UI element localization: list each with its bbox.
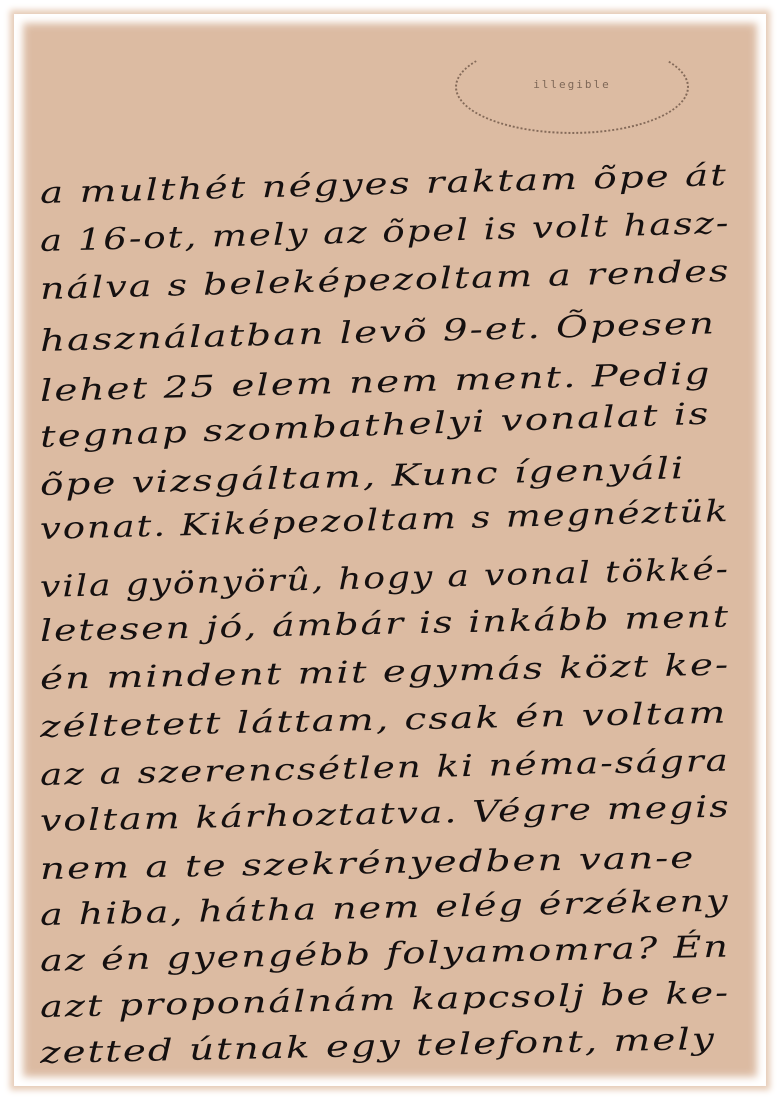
text-line: letesen jó, ámbár is inkább ment xyxy=(40,600,731,649)
text-line: a multhét négyes raktam õpe át xyxy=(40,158,729,211)
text-line: a hiba, hátha nem elég érzékeny xyxy=(40,884,730,933)
text-line: az a szerencsétlen ki néma-ságra xyxy=(40,744,730,793)
text-line: vila gyönyörû, hogy a vonal tökké- xyxy=(40,552,731,605)
handwritten-text: a multhét négyes raktam õpe át a 16-ot, … xyxy=(0,0,780,1100)
text-line: voltam kárhoztatva. Végre megis xyxy=(40,790,731,839)
text-line: nem a te szekrényedben van-e xyxy=(40,841,696,887)
text-line: zetted útnak egy telefont, mely xyxy=(40,1022,717,1071)
text-line: az én gyengébb folyamomra? Én xyxy=(40,930,731,979)
text-line: én mindent mit egymás közt ke- xyxy=(40,648,731,697)
text-line: õpe vizsgáltam, Kunc ígenyáli xyxy=(40,451,686,503)
text-line: nálva s beleképezoltam a rendes xyxy=(40,254,731,307)
text-line: használatban levõ 9-et. Õpesen xyxy=(40,306,717,359)
text-line: azt proponálnám kapcsolj be ke- xyxy=(40,976,731,1025)
text-line: zéltetett láttam, csak én voltam xyxy=(40,696,728,745)
text-line: vonat. Kiképezoltam s megnéztük xyxy=(40,494,730,547)
text-line: a 16-ot, mely az õpel is volt hasz- xyxy=(40,206,731,259)
